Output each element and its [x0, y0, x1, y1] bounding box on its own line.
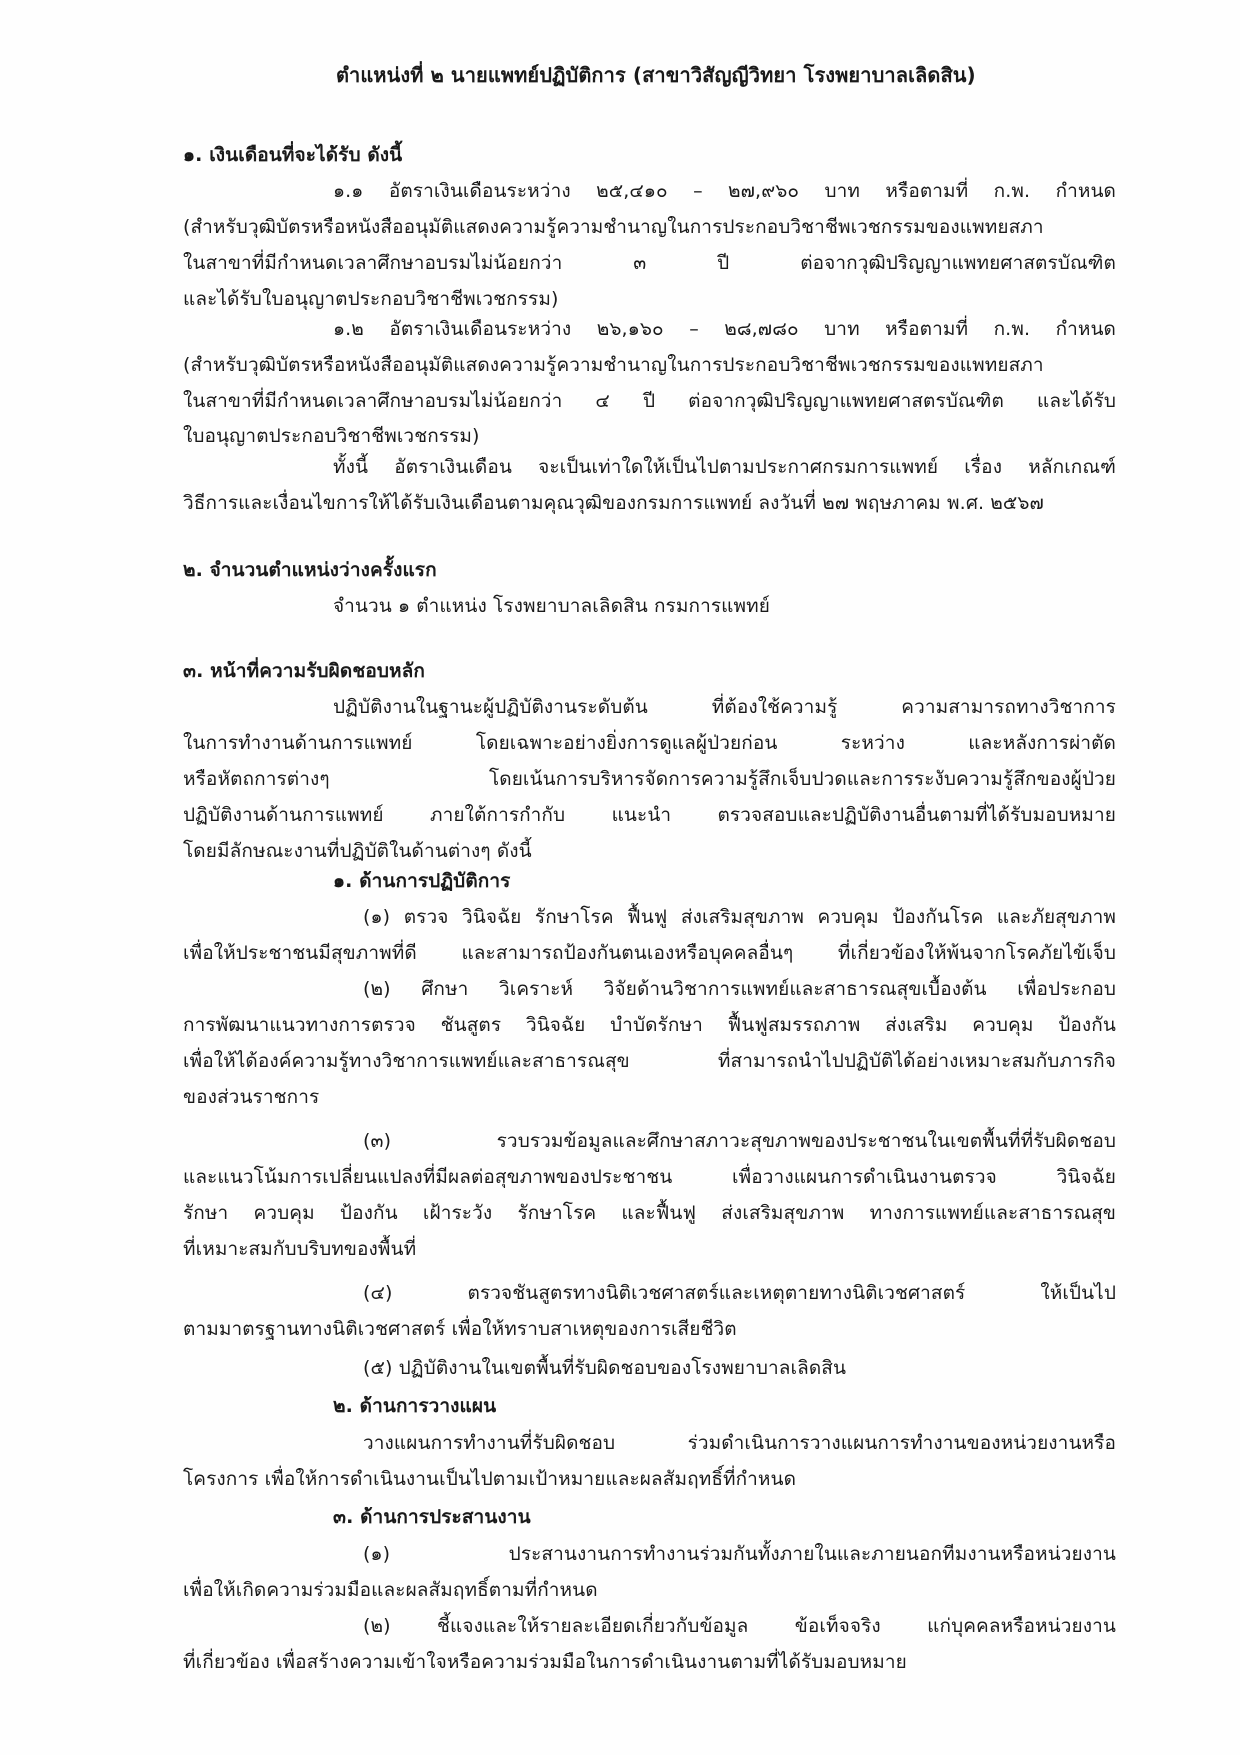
- operations-item-2-line: (๒) ศึกษา วิเคราะห์ วิจัยด้านวิชาการแพทย…: [363, 974, 1116, 1004]
- document-page: ตำแหน่งที่ ๒ นายแพทย์ปฏิบัติการ (สาขาวิส…: [0, 0, 1240, 1755]
- salary-1-2-line: (สำหรับวุฒิบัตรหรือหนังสืออนุมัติแสดงควา…: [183, 350, 1116, 380]
- operations-item-1-line: (๑) ตรวจ วินิจฉัย รักษาโรค ฟื้นฟู ส่งเสร…: [363, 902, 1116, 932]
- salary-note-line: วิธีการและเงื่อนไขการให้ได้รับเงินเดือนต…: [183, 488, 1044, 518]
- operations-item-2-line: เพื่อให้ได้องค์ความรู้ทางวิชาการแพทย์และ…: [183, 1046, 1116, 1076]
- salary-1-1-line: (สำหรับวุฒิบัตรหรือหนังสืออนุมัติแสดงควา…: [183, 212, 1116, 242]
- vacancy-count: จำนวน ๑ ตำแหน่ง โรงพยาบาลเลิดสิน กรมการแ…: [333, 591, 770, 621]
- duties-intro-line: โดยมีลักษณะงานที่ปฏิบัติในด้านต่างๆ ดังน…: [183, 836, 532, 866]
- operations-item-2-line: การพัฒนาแนวทางการตรวจ ชันสูตร วินิจฉัย บ…: [183, 1010, 1116, 1040]
- salary-1-2-line: ใบอนุญาตประกอบวิชาชีพเวชกรรม): [183, 421, 480, 451]
- section-2-heading: ๒. จำนวนตำแหน่งว่างครั้งแรก: [183, 555, 437, 585]
- operations-item-5-line: (๕) ปฏิบัติงานในเขตพื้นที่รับผิดชอบของโร…: [363, 1353, 846, 1383]
- operations-item-4-line: ตามมาตรฐานทางนิติเวชศาสตร์ เพื่อให้ทราบส…: [183, 1314, 737, 1344]
- operations-item-3-line: (๓) รวบรวมข้อมูลและศึกษาสภาวะสุขภาพของปร…: [363, 1126, 1116, 1156]
- salary-1-1-line: และได้รับใบอนุญาตประกอบวิชาชีพเวชกรรม): [183, 284, 559, 314]
- duties-intro-line: ปฏิบัติงานด้านการแพทย์ ภายใต้การกำกับ แน…: [183, 800, 1116, 830]
- salary-1-1-line: ในสาขาที่มีกำหนดเวลาศึกษาอบรมไม่น้อยกว่า…: [183, 248, 1116, 278]
- salary-1-2-line: ๑.๒ อัตราเงินเดือนระหว่าง ๒๖,๑๖๐ – ๒๘,๗๘…: [333, 314, 1116, 344]
- coordination-item-1-line: (๑) ประสานงานการทำงานร่วมกันทั้งภายในและ…: [363, 1539, 1116, 1569]
- operations-item-3-line: รักษา ควบคุม ป้องกัน เฝ้าระวัง รักษาโรค …: [183, 1198, 1116, 1228]
- section-3-heading: ๓. หน้าที่ความรับผิดชอบหลัก: [183, 656, 425, 686]
- operations-item-4-line: (๔) ตรวจชันสูตรทางนิติเวชศาสตร์และเหตุตา…: [363, 1278, 1116, 1308]
- salary-1-2-line: ในสาขาที่มีกำหนดเวลาศึกษาอบรมไม่น้อยกว่า…: [183, 386, 1116, 416]
- duties-intro-line: ปฏิบัติงานในฐานะผู้ปฏิบัติงานระดับต้น ที…: [333, 692, 1116, 722]
- operations-item-1-line: เพื่อให้ประชาชนมีสุขภาพที่ดี และสามารถป้…: [183, 938, 1116, 968]
- planning-line: โครงการ เพื่อให้การดำเนินงานเป็นไปตามเป้…: [183, 1464, 796, 1494]
- salary-1-1-line: ๑.๑ อัตราเงินเดือนระหว่าง ๒๕,๔๑๐ – ๒๗,๙๖…: [333, 176, 1116, 206]
- subsection-operations-heading: ๑. ด้านการปฏิบัติการ: [333, 866, 510, 896]
- coordination-item-2-line: ที่เกี่ยวข้อง เพื่อสร้างความเข้าใจหรือคว…: [183, 1647, 907, 1677]
- duties-intro-line: ในการทำงานด้านการแพทย์ โดยเฉพาะอย่างยิ่ง…: [183, 728, 1116, 758]
- duties-intro-line: หรือหัตถการต่างๆ โดยเน้นการบริหารจัดการค…: [183, 764, 1116, 794]
- document-title: ตำแหน่งที่ ๒ นายแพทย์ปฏิบัติการ (สาขาวิส…: [336, 60, 976, 90]
- coordination-item-1-line: เพื่อให้เกิดความร่วมมือและผลสัมฤทธิ์ตามท…: [183, 1575, 598, 1605]
- operations-item-2-line: ของส่วนราชการ: [183, 1082, 319, 1112]
- subsection-coordination-heading: ๓. ด้านการประสานงาน: [333, 1502, 531, 1532]
- operations-item-3-line: และแนวโน้มการเปลี่ยนแปลงที่มีผลต่อสุขภาพ…: [183, 1162, 1116, 1192]
- coordination-item-2-line: (๒) ชี้แจงและให้รายละเอียดเกี่ยวกับข้อมู…: [363, 1611, 1116, 1641]
- salary-note-line: ทั้งนี้ อัตราเงินเดือน จะเป็นเท่าใดให้เป…: [333, 452, 1116, 482]
- planning-line: วางแผนการทำงานที่รับผิดชอบ ร่วมดำเนินการ…: [363, 1428, 1116, 1458]
- section-1-heading: ๑. เงินเดือนที่จะได้รับ ดังนี้: [183, 140, 402, 170]
- operations-item-3-line: ที่เหมาะสมกับบริบทของพื้นที่: [183, 1234, 416, 1264]
- subsection-planning-heading: ๒. ด้านการวางแผน: [333, 1391, 496, 1421]
